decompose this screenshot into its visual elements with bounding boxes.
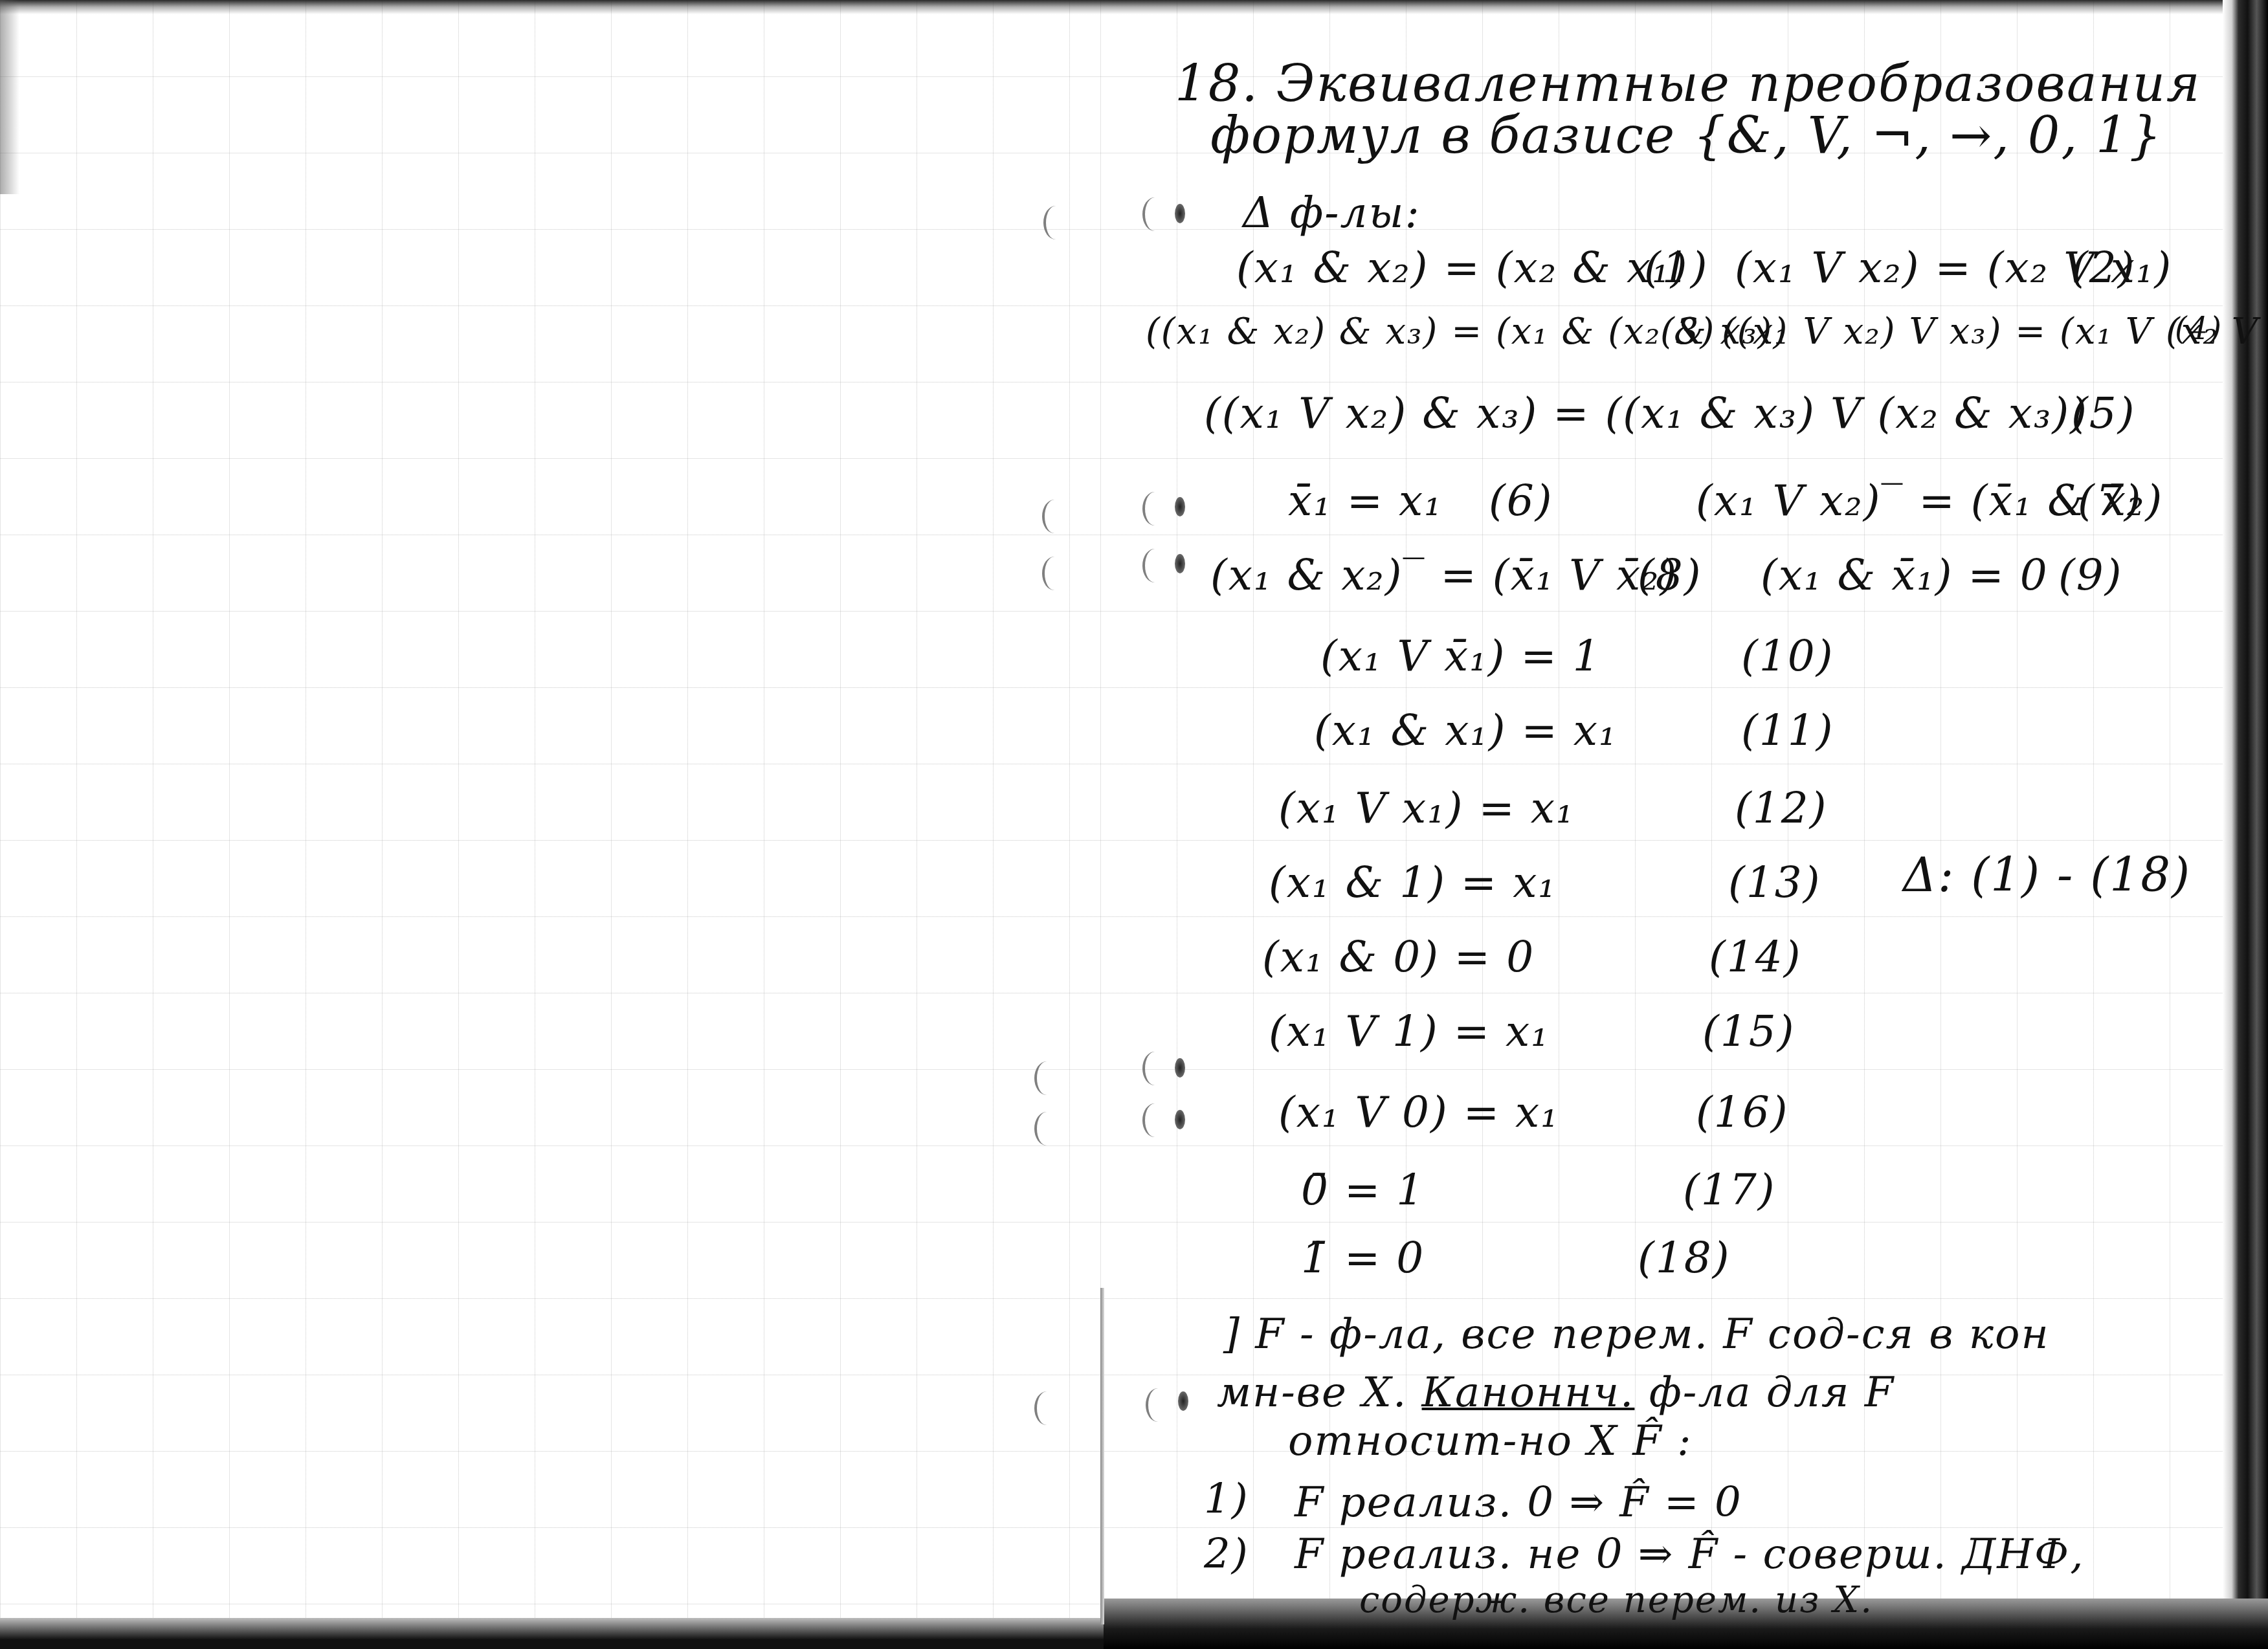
- equation-number-1: (1): [1644, 243, 1709, 293]
- equation-number-2: (2): [2071, 243, 2136, 293]
- equation-number-3: (3): [1660, 311, 1715, 353]
- equation-16: (x₁ V 0) = x₁: [1278, 1087, 1559, 1137]
- punch-hole: [1042, 500, 1067, 533]
- equation-number-18: (18): [1638, 1233, 1730, 1283]
- equation-15: (x₁ V 1) = x₁: [1269, 1006, 1550, 1056]
- page-divider: [1100, 1288, 1104, 1624]
- equation-12: (x₁ V x₁) = x₁: [1278, 783, 1574, 833]
- scan-left-shadow: [0, 0, 19, 194]
- punch-hole: [1142, 197, 1167, 231]
- equation-number-12: (12): [1735, 783, 1827, 833]
- equation-11: (x₁ & x₁) = x₁: [1314, 705, 1618, 755]
- scan-bottom-edge-left: [0, 1618, 1104, 1649]
- equation-18: 1̄ = 0: [1301, 1233, 1425, 1283]
- punch-hole-shadow: [1178, 1391, 1188, 1411]
- punch-hole: [1034, 1061, 1059, 1095]
- definition-line-3: относит-но X F̂ :: [1288, 1417, 1693, 1465]
- punch-hole: [1042, 557, 1067, 590]
- punch-hole: [1142, 549, 1167, 582]
- punch-hole: [1142, 492, 1167, 526]
- punch-hole-shadow: [1175, 497, 1185, 516]
- punch-hole-shadow: [1175, 1058, 1185, 1078]
- equation-number-11: (11): [1741, 705, 1834, 755]
- notebook-right-edge: [2223, 0, 2268, 1649]
- section-title-line-2: формул в базисе {&, V, ¬, →, 0, 1}: [1210, 107, 2162, 165]
- punch-hole: [1043, 206, 1068, 239]
- case-1-label: 1): [1204, 1476, 1249, 1523]
- equation-number-14: (14): [1709, 932, 1801, 982]
- definition-line-1: ] F - ф-ла, все перем. F сод-ся в кон: [1223, 1311, 2050, 1358]
- equation-number-13: (13): [1728, 858, 1821, 907]
- equation-number-16: (16): [1696, 1087, 1788, 1137]
- equation-1: (x₁ & x₂) = (x₂ & x₁): [1236, 243, 1688, 293]
- case-1-text: F реализ. 0 ⇒ F̂ = 0: [1295, 1479, 1742, 1527]
- punch-hole: [1146, 1388, 1170, 1422]
- punch-hole: [1142, 1052, 1167, 1085]
- definition-line-2-end: ф-ла для F: [1634, 1369, 1895, 1417]
- equation-number-10: (10): [1741, 631, 1834, 681]
- punch-hole: [1034, 1391, 1059, 1425]
- equation-17: 0̄ = 1: [1301, 1165, 1425, 1215]
- equation-number-6: (6): [1489, 476, 1553, 526]
- punch-hole: [1034, 1112, 1059, 1145]
- equation-number-5: (5): [2071, 388, 2136, 438]
- equation-number-17: (17): [1683, 1165, 1775, 1215]
- equation-10: (x₁ V x̄₁) = 1: [1320, 631, 1601, 681]
- equation-number-8: (8): [1638, 550, 1702, 600]
- left-notebook-page: [0, 0, 1100, 1649]
- equation-number-9: (9): [2058, 550, 2123, 600]
- scan-top-shadow: [0, 0, 2268, 14]
- definition-line-2-start: мн-ве X.: [1217, 1369, 1422, 1417]
- equation-number-4: (4): [2175, 311, 2223, 347]
- punch-hole-shadow: [1175, 204, 1185, 223]
- punch-hole-shadow: [1175, 1110, 1185, 1129]
- case-2-continuation: содерж. все перем. из X.: [1359, 1579, 1873, 1621]
- equation-number-7: (7): [2078, 476, 2142, 526]
- equation-8: (x₁ & x₂)‾ = (x̄₁ V x̄₂): [1210, 550, 1678, 600]
- section-title-line-1: 18. Эквивалентные преобразования: [1175, 55, 2201, 113]
- equation-14: (x₁ & 0) = 0: [1262, 932, 1535, 982]
- equation-6: x̄̄₁ = x₁: [1288, 476, 1443, 526]
- equation-number-15: (15): [1702, 1006, 1795, 1056]
- equation-9: (x₁ & x̄₁) = 0: [1761, 550, 2049, 600]
- punch-hole: [1142, 1103, 1167, 1137]
- equation-5: ((x₁ V x₂) & x₃) = ((x₁ & x₃) V (x₂ & x₃…: [1204, 388, 2088, 438]
- equation-13: (x₁ & 1) = x₁: [1269, 858, 1557, 907]
- axioms-heading: Δ ф-лы:: [1243, 188, 1421, 238]
- punch-hole-shadow: [1175, 554, 1185, 573]
- canonical-term: Каноннч.: [1422, 1369, 1635, 1417]
- case-2-text: F реализ. не 0 ⇒ F̂ - соверш. ДНФ,: [1295, 1531, 2085, 1578]
- axioms-range-note: Δ: (1) - (18): [1903, 848, 2191, 902]
- definition-line-2: мн-ве X. Каноннч. ф-ла для F: [1217, 1369, 1895, 1417]
- case-2-label: 2): [1204, 1531, 1249, 1578]
